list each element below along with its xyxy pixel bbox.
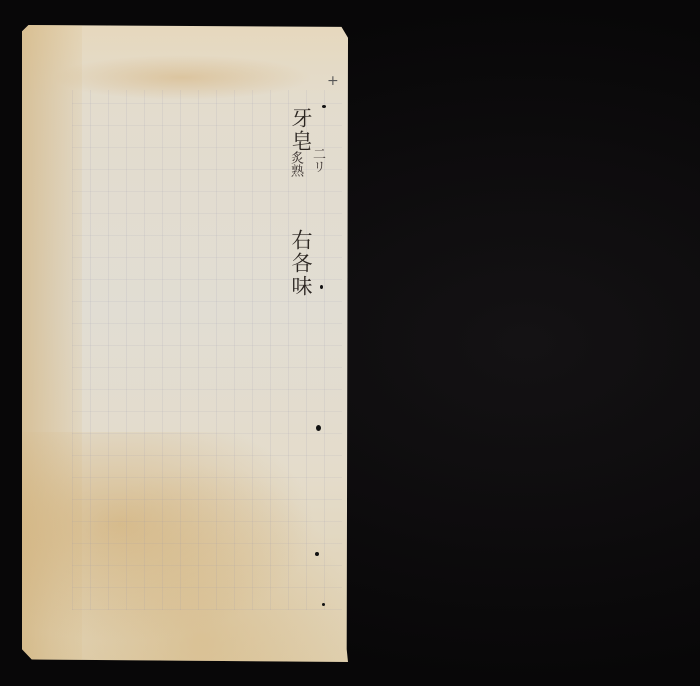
- wormhole-mark: [322, 603, 325, 606]
- annotation-preparation: 炙熟: [286, 151, 305, 177]
- wormhole-mark: [315, 552, 319, 556]
- wormhole-mark: [322, 105, 326, 108]
- wormhole-mark: [320, 285, 323, 289]
- annotation-quantity: 二リ: [308, 147, 327, 173]
- document-page: + 牙皂 二リ 炙熟 右各味: [22, 25, 348, 662]
- corner-mark: +: [327, 73, 339, 89]
- wormhole-mark: [316, 425, 321, 431]
- text-column-summary: 右各味: [286, 229, 316, 298]
